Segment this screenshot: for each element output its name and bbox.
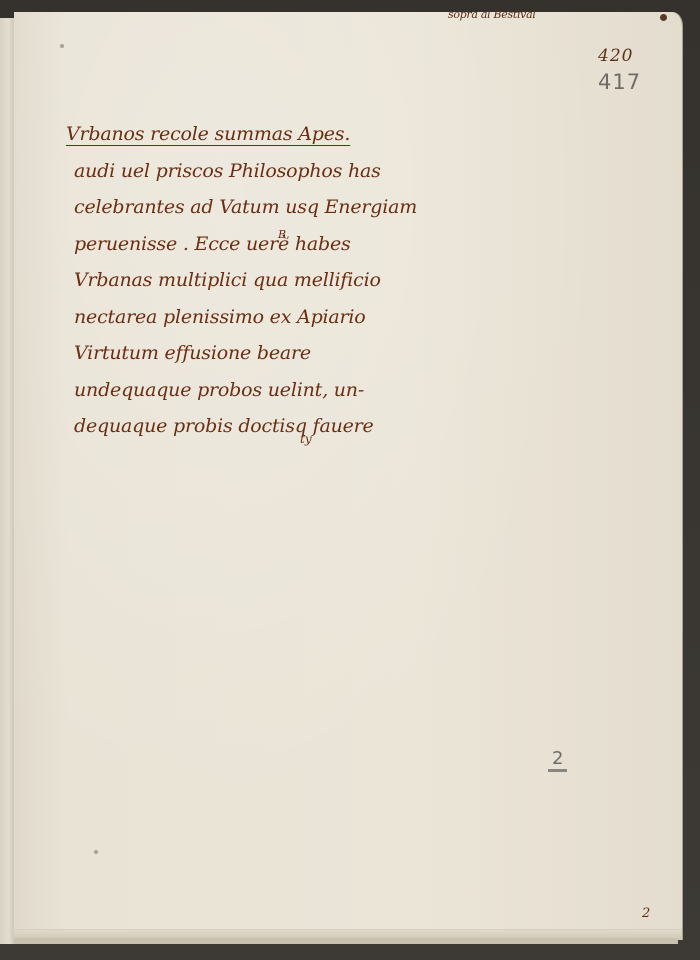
text-line-1-content: Vrbanos recole summas Apes. <box>66 123 350 145</box>
text-line-5: Vrbanas multiplici qua mellificio <box>66 262 426 299</box>
text-line-8: undequaque probos uelint, un- <box>66 372 426 409</box>
paper-speck <box>60 44 64 48</box>
footer-number: 2 <box>642 906 650 921</box>
text-line-3: celebrantes ad Vatum usq Energiam <box>66 189 426 226</box>
text-line-4-content: peruenisse . Ecce uerè habes <box>74 233 351 255</box>
text-line-4: peruenisse . Ecce uerè habes <box>66 226 426 263</box>
text-line-9: dequaque probis doctisq fauere <box>66 408 426 445</box>
header-annotation: sopra al Bestival <box>448 8 536 21</box>
interlinear-mark-below: ty <box>300 432 312 446</box>
text-line-6: nectarea plenissimo ex Apiario <box>66 299 426 336</box>
corner-ink-blot <box>660 14 667 21</box>
text-line-7: Virtutum effusione beare <box>66 335 426 372</box>
paper-speck <box>94 850 98 854</box>
pencil-marginal-number: 2 <box>548 750 567 772</box>
gutter-leaf-edge <box>0 18 15 944</box>
folio-number-ink: 420 <box>598 46 633 66</box>
interlinear-mark-above: B, <box>278 228 290 241</box>
paper-speck <box>76 930 80 934</box>
text-line-2: audi uel priscos Philosophos has <box>66 153 426 190</box>
manuscript-text-block: Vrbanos recole summas Apes. audi uel pri… <box>66 116 426 445</box>
page-bottom-edge <box>14 938 678 944</box>
text-line-1: Vrbanos recole summas Apes. <box>66 116 426 153</box>
folio-number-pencil: 417 <box>598 70 641 94</box>
